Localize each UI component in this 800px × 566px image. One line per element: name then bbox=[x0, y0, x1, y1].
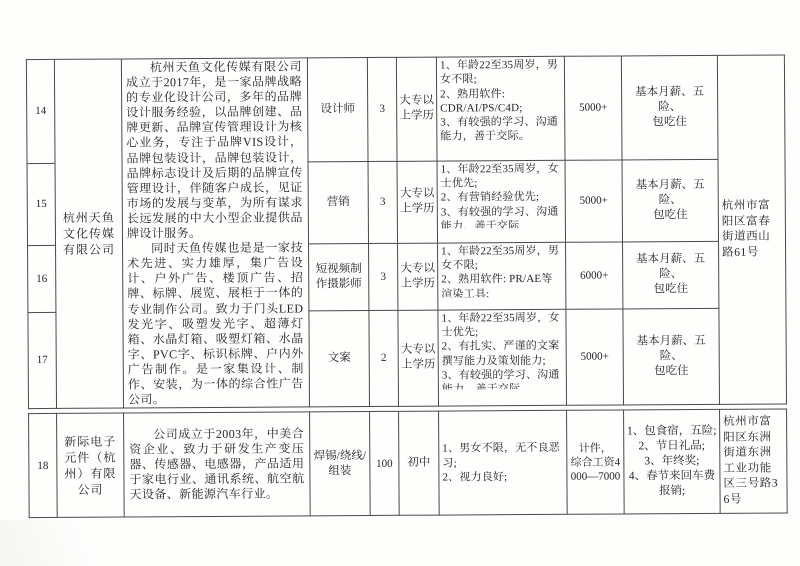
xinji-company-table: 18 新际电子元件（杭州）有限公司 公司成立于2003年，中美合资企业、致力于研… bbox=[28, 409, 788, 519]
position-cell: 设计师 bbox=[307, 58, 368, 162]
tianyu-company-table: 14 杭州天鱼文化传媒有限公司 杭州天鱼文化传媒有限公司成立于2017年，是一家… bbox=[26, 54, 787, 409]
row-number-cell: 15 bbox=[27, 163, 56, 245]
benefits-cell: 基本月薪、五险、 包吃住 bbox=[623, 241, 719, 308]
position-cell: 短视频制作摄影师 bbox=[309, 243, 369, 310]
salary-cell: 计件， 综合工资4000—7000 bbox=[567, 410, 625, 514]
description-paragraph-2: 同时天鱼传媒也是是一家技术先进、实力雄厚，集广告设计、户外广告、楼顶广告、招牌、… bbox=[127, 241, 304, 408]
education-cell: 大专以上学历 bbox=[398, 243, 438, 310]
requirements-cell: 1、年龄22至35周岁，女士优先; 2、有营销经验优先; 3、有较强的学习、沟通… bbox=[437, 160, 565, 243]
headcount-cell: 3 bbox=[368, 161, 398, 243]
requirements-cell: 1、年龄22至35周岁，女士优先; 2、有扎实、严谨的文案撰写能力及策划能力; … bbox=[438, 309, 567, 406]
row-number-cell: 14 bbox=[26, 59, 55, 163]
scan-edge-artifact bbox=[0, 520, 150, 566]
requirements-text: 1、年龄22至35周岁，男女不限; 2、熟用软件: CDR/AI/PS/C4D;… bbox=[440, 58, 562, 143]
description-paragraph: 公司成立于2003年，中美合资企业、致力于研发生产变压器、传感器、电感器，产品适… bbox=[129, 426, 304, 503]
requirements-text: 1、男女不限，无不良恶习; 2、视力良好; bbox=[442, 441, 563, 485]
salary-cell: 5000+ bbox=[565, 160, 623, 243]
position-cell: 焊锡/绕线/组装 bbox=[310, 412, 371, 516]
education-cell: 大专以上学历 bbox=[397, 161, 438, 243]
table-row: 14 杭州天鱼文化传媒有限公司 杭州天鱼文化传媒有限公司成立于2017年，是一家… bbox=[26, 55, 785, 163]
position-cell: 文案 bbox=[309, 310, 370, 407]
benefits-cell: 基本月薪、五险、 包吃住 bbox=[621, 55, 718, 159]
education-cell: 初中 bbox=[399, 411, 440, 515]
requirements-text: 1、年龄22至35周岁，女士优先; 2、有扎实、严谨的文案撰写能力及策划能力; … bbox=[441, 310, 562, 389]
benefits-cell: 基本月薪、五险、 包吃住 bbox=[622, 159, 719, 242]
headcount-cell: 3 bbox=[369, 243, 398, 310]
row-number-cell: 17 bbox=[28, 312, 57, 409]
headcount-cell: 2 bbox=[369, 310, 399, 407]
salary-cell: 5000+ bbox=[564, 56, 622, 160]
headcount-cell: 100 bbox=[370, 411, 400, 515]
table-row: 18 新际电子元件（杭州）有限公司 公司成立于2003年，中美合资企业、致力于研… bbox=[29, 409, 788, 518]
requirements-cell: 1、年龄22至35周岁，男女不限; 2、熟用软件: CDR/AI/PS/C4D;… bbox=[436, 56, 565, 160]
headcount-cell: 3 bbox=[367, 57, 397, 161]
salary-cell: 5000+ bbox=[566, 309, 624, 406]
requirements-cell: 1、男女不限，无不良恶习; 2、视力良好; bbox=[439, 410, 568, 515]
requirements-text: 1、年龄22至35周岁，男女不限; 2、熟用软件: PR/AE等渲染工具; bbox=[441, 244, 562, 298]
requirements-cell: 1、年龄22至35周岁，男女不限; 2、熟用软件: PR/AE等渲染工具; bbox=[438, 242, 566, 309]
company-name-cell: 杭州天鱼文化传媒有限公司 bbox=[54, 59, 123, 409]
row-number-cell: 18 bbox=[29, 414, 58, 518]
address-cell: 杭州市富阳区东洲街道东洲工业功能区三号路36号 bbox=[720, 409, 788, 513]
scanned-recruitment-page: 14 杭州天鱼文化传媒有限公司 杭州天鱼文化传媒有限公司成立于2017年，是一家… bbox=[0, 0, 800, 566]
row-number-cell: 16 bbox=[28, 245, 56, 312]
company-name-cell: 新际电子元件（杭州）有限公司 bbox=[57, 413, 125, 517]
salary-cell: 6000+ bbox=[566, 242, 623, 309]
company-description-cell: 公司成立于2003年，中美合资企业、致力于研发生产变压器、传感器、电感器，产品适… bbox=[124, 412, 311, 517]
description-paragraph-1: 杭州天鱼文化传媒有限公司成立于2017年，是一家品牌战略的专业化设计公司，多年的… bbox=[126, 59, 303, 241]
requirements-text: 1、年龄22至35周岁，女士优先; 2、有营销经验优先; 3、有较强的学习、沟通… bbox=[441, 161, 562, 228]
education-cell: 大专以上学历 bbox=[398, 310, 439, 407]
job-listing-table: 14 杭州天鱼文化传媒有限公司 杭州天鱼文化传媒有限公司成立于2017年，是一家… bbox=[26, 54, 787, 518]
education-cell: 大专以上学历 bbox=[396, 57, 437, 161]
position-cell: 营销 bbox=[308, 161, 369, 244]
company-description-cell: 杭州天鱼文化传媒有限公司成立于2017年，是一家品牌战略的专业化设计公司，多年的… bbox=[121, 58, 309, 408]
address-cell: 杭州市富阳区富春街道西山路61号 bbox=[717, 55, 786, 405]
benefits-cell: 基本月薪、五险、 包吃住 bbox=[623, 308, 720, 405]
benefits-cell: 1、包食宿，五险; 2、节日礼品; 3、年终奖; 4、春节来回车费报销; bbox=[624, 410, 721, 515]
